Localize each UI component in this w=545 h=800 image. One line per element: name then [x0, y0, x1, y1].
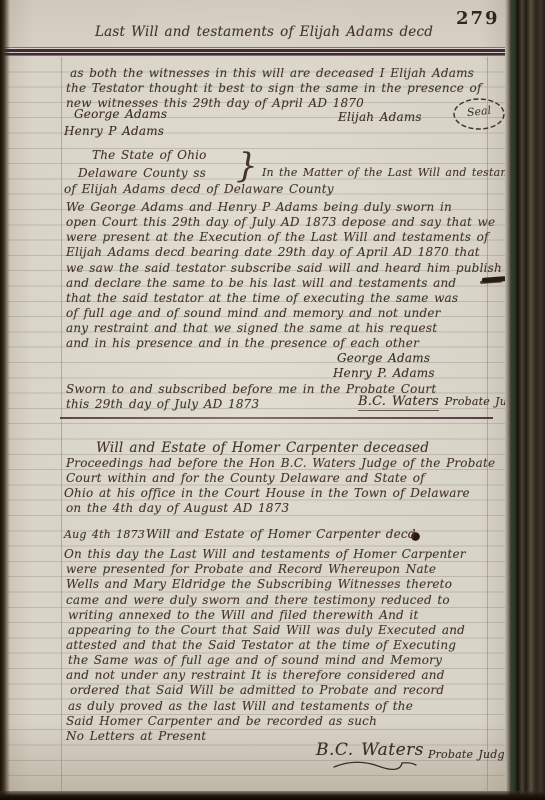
order-line: On this day the Last Will and testaments…	[64, 547, 466, 561]
ledger-page: Last Will and testaments of Elijah Adams…	[0, 0, 545, 800]
order-line: and not under any restraint It is theref…	[66, 668, 445, 682]
order-line: Wells and Mary Eldridge the Subscribing …	[66, 577, 452, 591]
deposition-line: Elijah Adams decd bearing date 29th day …	[66, 245, 480, 259]
deponent-signature: Henry P. Adams	[333, 366, 435, 380]
order-line: came and were duly sworn and there testi…	[66, 593, 450, 607]
page-number: 279	[456, 8, 500, 29]
deposition-line: open Court this 29th day of July AD 1873…	[66, 215, 495, 229]
witness-signature: Henry P Adams	[64, 124, 164, 138]
entry-date-heading: Aug 4th 1873	[64, 528, 145, 541]
jurat-line: this 29th day of July AD 1873	[66, 397, 259, 411]
venue-county-line: Delaware County ss	[78, 166, 206, 180]
deposition-line: any restraint and that we signed the sam…	[66, 321, 437, 335]
deposition-line: were present at the Execution of the Las…	[66, 230, 489, 244]
carpenter-caption-line: Ohio at his office in the Court House in…	[64, 486, 470, 500]
seal-stamp: Seal	[451, 96, 507, 132]
left-margin-rule	[61, 57, 62, 791]
venue-brace: }	[236, 149, 258, 183]
deposition-line: and declare the same to be his last will…	[66, 276, 456, 290]
carpenter-caption-line: Will and Estate of Homer Carpenter decea…	[96, 440, 429, 456]
order-line: attested and that the Said Testator at t…	[66, 638, 456, 652]
page-title: Last Will and testaments of Elijah Adams…	[95, 24, 433, 40]
judge-signature: B.C. Waters	[316, 740, 424, 760]
order-line: were presented for Probate and Record Wh…	[66, 562, 436, 576]
carpenter-caption-line: Proceedings had before the Hon B.C. Wate…	[66, 456, 495, 470]
witness-signature: George Adams	[74, 107, 167, 121]
order-line: No Letters at Present	[66, 729, 206, 743]
book-left-edge	[0, 0, 10, 800]
matter-caption-line: of Elijah Adams decd of Delaware County	[64, 182, 334, 196]
deposition-line: that the said testator at the time of ex…	[66, 291, 458, 305]
order-line: the Same was of full age and of sound mi…	[68, 653, 442, 667]
order-line: as duly proved as the last Will and test…	[68, 699, 413, 713]
book-page-edges	[505, 0, 545, 800]
book-bottom-edge	[0, 791, 545, 800]
carpenter-caption-line: Court within and for the County Delaware…	[66, 471, 425, 485]
deposition-line: we saw the said testator subscribe said …	[66, 261, 502, 275]
entry-heading: Will and Estate of Homer Carpenter decd	[146, 527, 416, 541]
header-double-rule	[0, 46, 509, 57]
adams-opening-line: the Testator thought it best to sign the…	[66, 81, 482, 95]
matter-caption-line: In the Matter of the Last Will and testa…	[262, 166, 535, 179]
judge-name: B.C. Waters	[358, 394, 439, 411]
signature-flourish-icon	[332, 760, 418, 770]
venue-state-line: The State of Ohio	[92, 148, 207, 162]
carpenter-caption-line: on the 4th day of August AD 1873	[66, 501, 289, 515]
testator-signature: Elijah Adams	[338, 110, 422, 124]
deposition-line: We George Adams and Henry P Adams being …	[66, 200, 452, 214]
order-line: ordered that Said Will be admitted to Pr…	[70, 683, 444, 697]
deponent-signature: George Adams	[337, 351, 430, 365]
judge-signature: B.C. Waters Probate Judge	[358, 394, 528, 409]
judge-title: Probate Judge	[428, 748, 512, 761]
deposition-line: of full age and of sound mind and memory…	[66, 306, 441, 320]
deposition-line: and in his presence and in the presence …	[66, 336, 419, 350]
order-line: writing annexed to the Will and filed th…	[68, 608, 419, 622]
adams-opening-line: as both the witnesses in this will are d…	[70, 66, 474, 80]
order-line: Said Homer Carpenter and be recorded as …	[66, 714, 377, 728]
order-line: appearing to the Court that Said Will wa…	[68, 623, 465, 637]
entry-divider-rule	[60, 417, 493, 419]
